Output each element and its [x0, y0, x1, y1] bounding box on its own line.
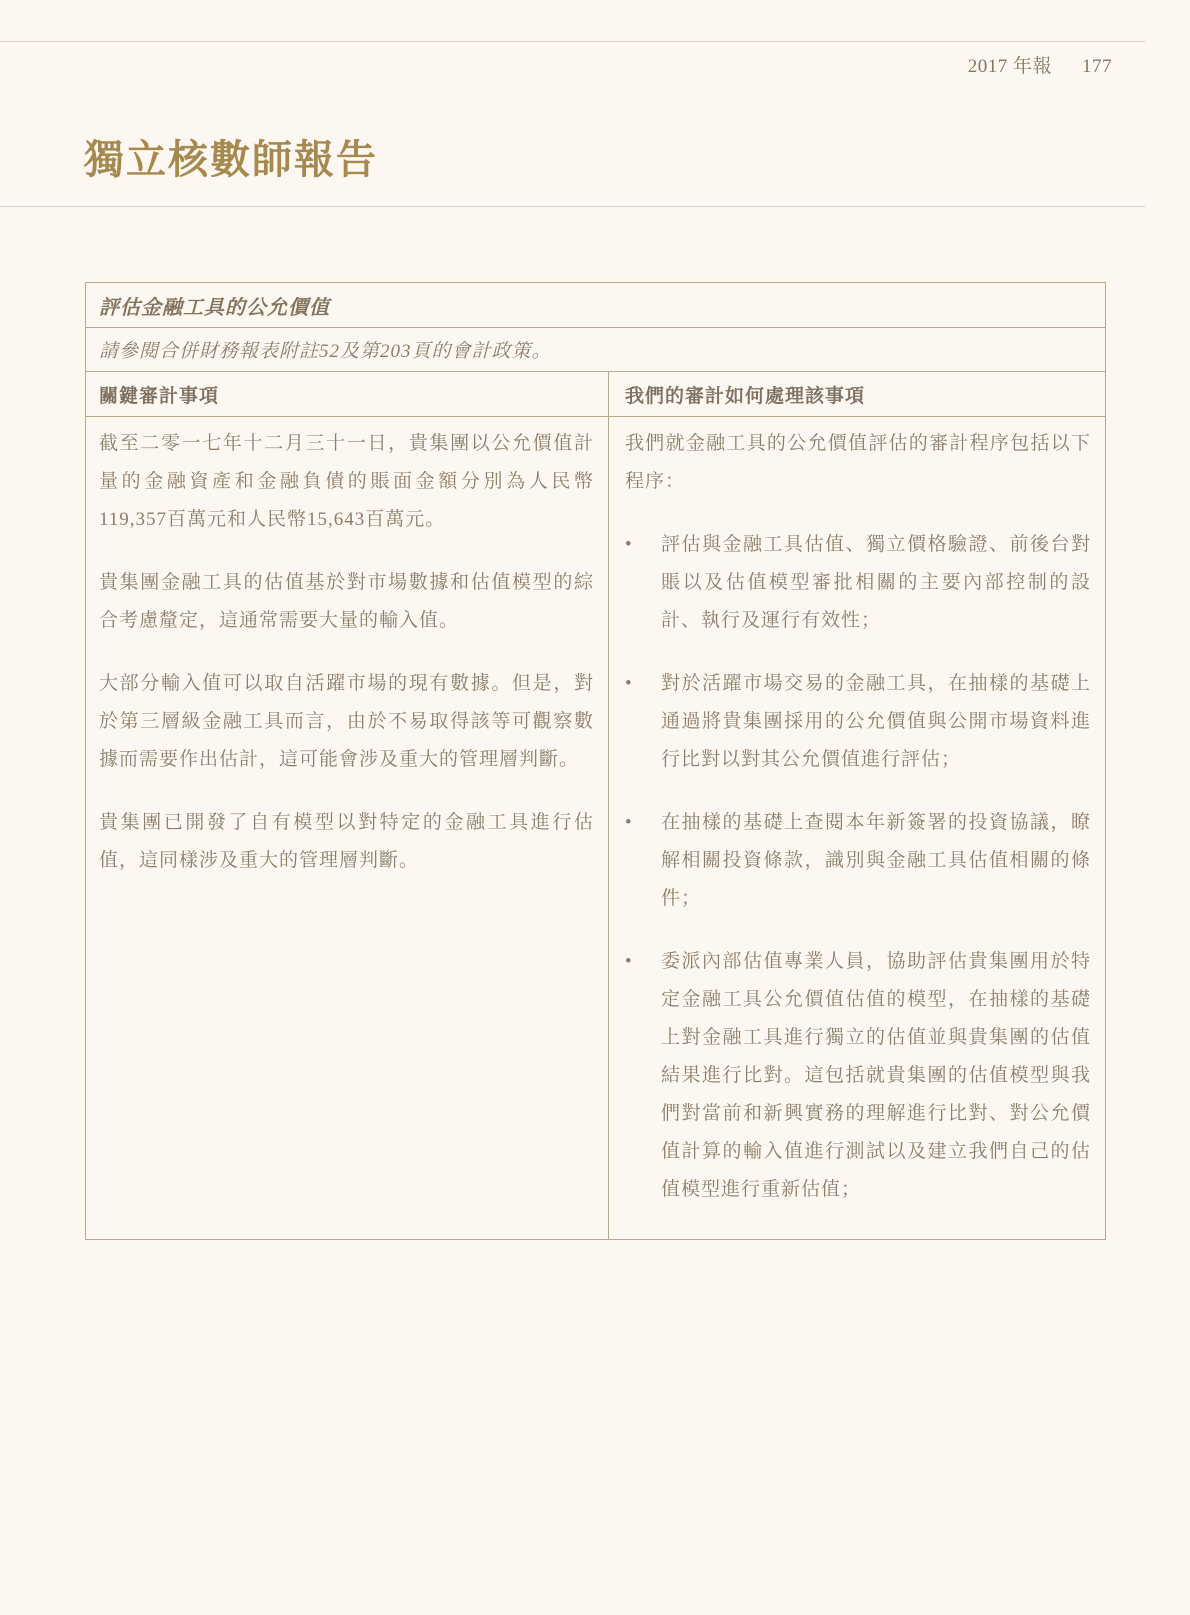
right-column-header: 我們的審計如何處理該事項	[608, 372, 1105, 416]
column-header-row: 關鍵審計事項 我們的審計如何處理該事項	[86, 372, 1105, 417]
bullet-text: 委派內部估值專業人員，協助評估貴集團用於特定金融工具公允價值估值的模型，在抽樣的…	[661, 943, 1091, 1209]
key-audit-matter-cell: 截至二零一七年十二月三十一日，貴集團以公允價值計量的金融資產和金融負債的賬面金額…	[86, 417, 608, 1239]
page-header: 2017 年報177	[968, 51, 1112, 78]
key-audit-matter-table: 評估金融工具的公允價值 請參閱合併財務報表附註52及第203頁的會計政策。 關鍵…	[85, 282, 1106, 1240]
kam-paragraph: 貴集團金融工具的估值基於對市場數據和估值模型的綜合考慮釐定，這通常需要大量的輸入…	[99, 564, 594, 640]
reference-note-row: 請參閱合併財務報表附註52及第203頁的會計政策。	[86, 328, 1105, 372]
table-body-row: 截至二零一七年十二月三十一日，貴集團以公允價值計量的金融資產和金融負債的賬面金額…	[86, 417, 1105, 1239]
top-rule	[0, 41, 1145, 42]
bullet-text: 在抽樣的基礎上查閱本年新簽署的投資協議，瞭解相關投資條款，識別與金融工具估值相關…	[661, 804, 1091, 918]
page-title: 獨立核數師報告	[84, 134, 378, 186]
bullet-icon: •	[625, 665, 661, 703]
audit-response-bullet: • 評估與金融工具估值、獨立價格驗證、前後台對賬以及估值模型審批相關的主要內部控…	[625, 526, 1091, 640]
page-number: 177	[1082, 56, 1112, 77]
kam-paragraph: 貴集團已開發了自有模型以對特定的金融工具進行估值，這同樣涉及重大的管理層判斷。	[99, 804, 594, 880]
audit-response-cell: 我們就金融工具的公允價值評估的審計程序包括以下程序： • 評估與金融工具估值、獨…	[608, 417, 1105, 1239]
report-page: 2017 年報177 獨立核數師報告 評估金融工具的公允價值 請參閱合併財務報表…	[0, 0, 1190, 1615]
kam-paragraph: 截至二零一七年十二月三十一日，貴集團以公允價值計量的金融資產和金融負債的賬面金額…	[99, 425, 594, 539]
bullet-icon: •	[625, 943, 661, 981]
annual-report-label: 2017 年報	[968, 56, 1052, 77]
audit-response-bullet: • 在抽樣的基礎上查閱本年新簽署的投資協議，瞭解相關投資條款，識別與金融工具估值…	[625, 804, 1091, 918]
audit-response-bullet: • 對於活躍市場交易的金融工具，在抽樣的基礎上通過將貴集團採用的公允價值與公開市…	[625, 665, 1091, 779]
kam-paragraph: 大部分輸入值可以取自活躍市場的現有數據。但是，對於第三層級金融工具而言，由於不易…	[99, 665, 594, 779]
section-title-row: 評估金融工具的公允價值	[86, 283, 1105, 328]
reference-note: 請參閱合併財務報表附註52及第203頁的會計政策。	[99, 336, 552, 363]
bullet-text: 評估與金融工具估值、獨立價格驗證、前後台對賬以及估值模型審批相關的主要內部控制的…	[661, 526, 1091, 640]
audit-response-bullet: • 委派內部估值專業人員，協助評估貴集團用於特定金融工具公允價值估值的模型，在抽…	[625, 943, 1091, 1209]
title-rule	[0, 206, 1145, 207]
left-column-header: 關鍵審計事項	[86, 372, 608, 416]
audit-response-intro: 我們就金融工具的公允價值評估的審計程序包括以下程序：	[625, 425, 1091, 501]
section-title: 評估金融工具的公允價值	[99, 291, 330, 320]
bullet-icon: •	[625, 526, 661, 564]
bullet-text: 對於活躍市場交易的金融工具，在抽樣的基礎上通過將貴集團採用的公允價值與公開市場資…	[661, 665, 1091, 779]
bullet-icon: •	[625, 804, 661, 842]
